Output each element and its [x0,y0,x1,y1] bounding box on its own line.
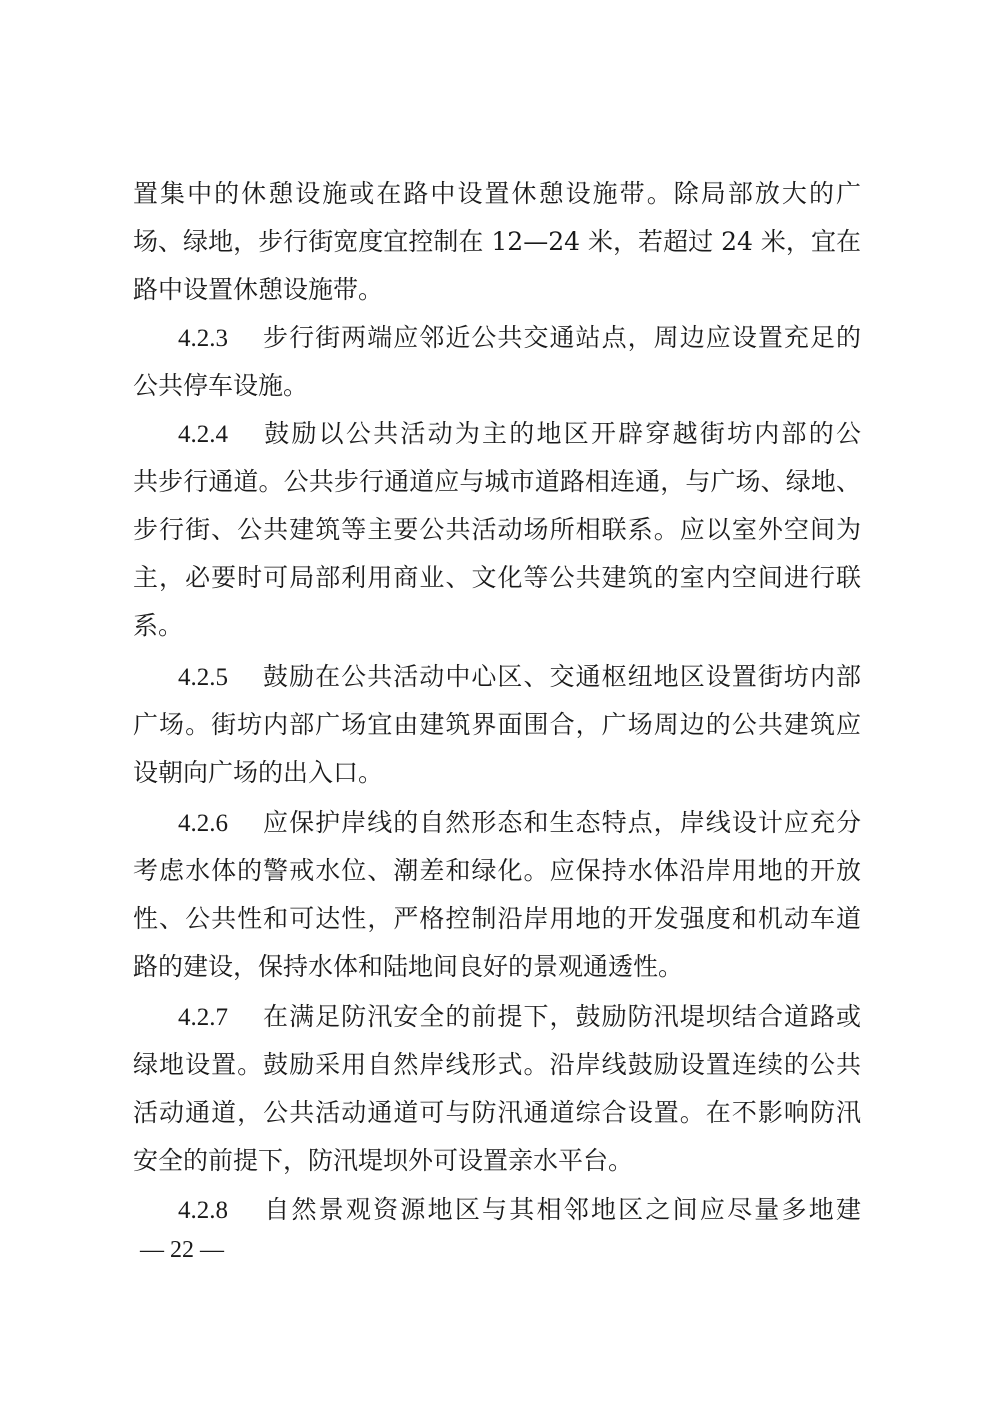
clause-4-2-4-line-2: 共步行通道。公共步行通道应与城市道路相连通，与广场、绿地、 [133,465,861,499]
clause-4-2-3-line-2: 公共停车设施。 [133,369,861,403]
clause-4-2-4-line-5: 系。 [133,609,861,643]
clause-number: 4.2.6 [178,807,262,841]
clause-4-2-7-line-1: 4.2.7在满足防汛安全的前提下，鼓励防汛堤坝结合道路或 [178,1000,861,1034]
clause-4-2-7-line-4: 安全的前提下，防汛堤坝外可设置亲水平台。 [133,1144,861,1178]
paragraph-continuation-line-1: 置集中的休憩设施或在路中设置休憩设施带。除局部放大的广 [133,177,861,211]
document-page: 置集中的休憩设施或在路中设置休憩设施带。除局部放大的广 场、绿地，步行街宽度宜控… [0,0,992,1404]
clause-4-2-4-line-3: 步行街、公共建筑等主要公共活动场所相联系。应以室外空间为 [133,513,861,547]
clause-number: 4.2.8 [178,1194,262,1228]
clause-text: 步行街两端应邻近公共交通站点，周边应设置充足的 [262,323,861,352]
clause-text: 在满足防汛安全的前提下，鼓励防汛堤坝结合道路或 [262,1002,861,1031]
clause-4-2-6-line-4: 路的建设，保持水体和陆地间良好的景观通透性。 [133,950,861,984]
clause-4-2-6-line-2: 考虑水体的警戒水位、潮差和绿化。应保持水体沿岸用地的开放 [133,854,861,888]
clause-4-2-7-line-3: 活动通道，公共活动通道可与防汛通道综合设置。在不影响防汛 [133,1096,861,1130]
clause-4-2-6-line-1: 4.2.6应保护岸线的自然形态和生态特点，岸线设计应充分 [178,806,861,840]
clause-number: 4.2.5 [178,661,262,695]
clause-4-2-8-line-1: 4.2.8自然景观资源地区与其相邻地区之间应尽量多地建 [178,1193,861,1227]
clause-4-2-4-line-4: 主，必要时可局部利用商业、文化等公共建筑的室内空间进行联 [133,561,861,595]
clause-4-2-5-line-3: 设朝向广场的出入口。 [133,756,861,790]
clause-4-2-3-line-1: 4.2.3步行街两端应邻近公共交通站点，周边应设置充足的 [178,321,861,355]
clause-text: 自然景观资源地区与其相邻地区之间应尽量多地建 [262,1195,861,1224]
clause-text: 应保护岸线的自然形态和生态特点，岸线设计应充分 [262,808,861,837]
clause-4-2-7-line-2: 绿地设置。鼓励采用自然岸线形式。沿岸线鼓励设置连续的公共 [133,1048,861,1082]
clause-number: 4.2.3 [178,322,262,356]
page-number: — 22 — [140,1235,224,1265]
clause-text: 鼓励以公共活动为主的地区开辟穿越街坊内部的公 [262,419,861,448]
paragraph-continuation-line-3: 路中设置休憩设施带。 [133,273,861,307]
clause-4-2-6-line-3: 性、公共性和可达性，严格控制沿岸用地的开发强度和机动车道 [133,902,861,936]
paragraph-continuation-line-2: 场、绿地，步行街宽度宜控制在 12—24 米，若超过 24 米，宜在 [133,225,861,259]
clause-4-2-4-line-1: 4.2.4鼓励以公共活动为主的地区开辟穿越街坊内部的公 [178,417,861,451]
clause-number: 4.2.4 [178,418,262,452]
clause-text: 鼓励在公共活动中心区、交通枢纽地区设置街坊内部 [262,662,861,691]
clause-number: 4.2.7 [178,1001,262,1035]
clause-4-2-5-line-2: 广场。街坊内部广场宜由建筑界面围合，广场周边的公共建筑应 [133,708,861,742]
clause-4-2-5-line-1: 4.2.5鼓励在公共活动中心区、交通枢纽地区设置街坊内部 [178,660,861,694]
